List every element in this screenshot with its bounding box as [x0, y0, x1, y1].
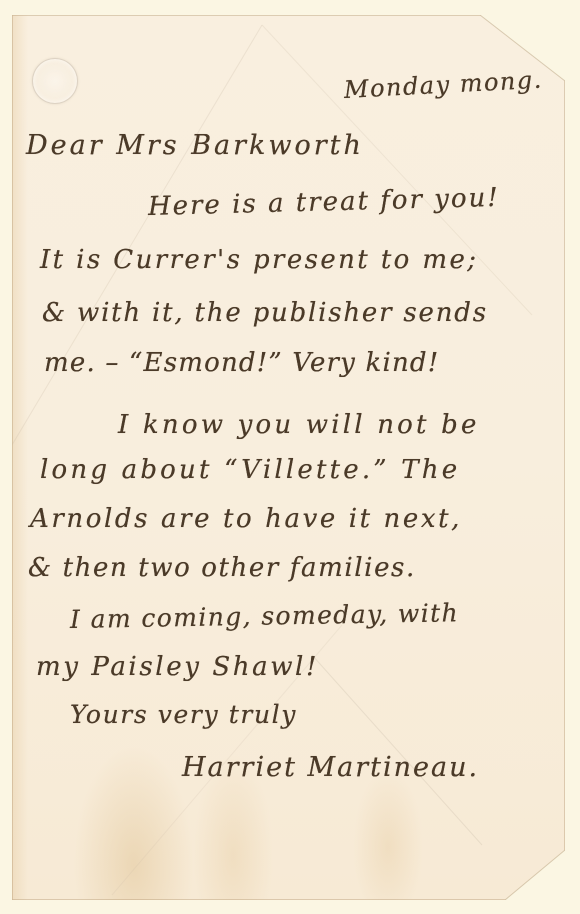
body-line-10: my Paisley Shawl!	[36, 652, 319, 682]
signature: Harriet Martineau.	[182, 752, 479, 783]
body-line-6: long about “Villette.” The	[40, 455, 460, 485]
closing: Yours very truly	[70, 700, 297, 729]
salutation: Dear Mrs Barkworth	[26, 130, 364, 161]
body-line-7: Arnolds are to have it next,	[30, 504, 462, 534]
embossed-seal	[32, 58, 78, 104]
body-line-2: It is Currer's present to me;	[40, 245, 478, 275]
body-line-4: me. – “Esmond!” Very kind!	[44, 348, 439, 378]
body-line-8: & then two other families.	[28, 553, 416, 583]
body-line-5: I know you will not be	[118, 410, 480, 440]
body-line-3: & with it, the publisher sends	[42, 298, 488, 328]
